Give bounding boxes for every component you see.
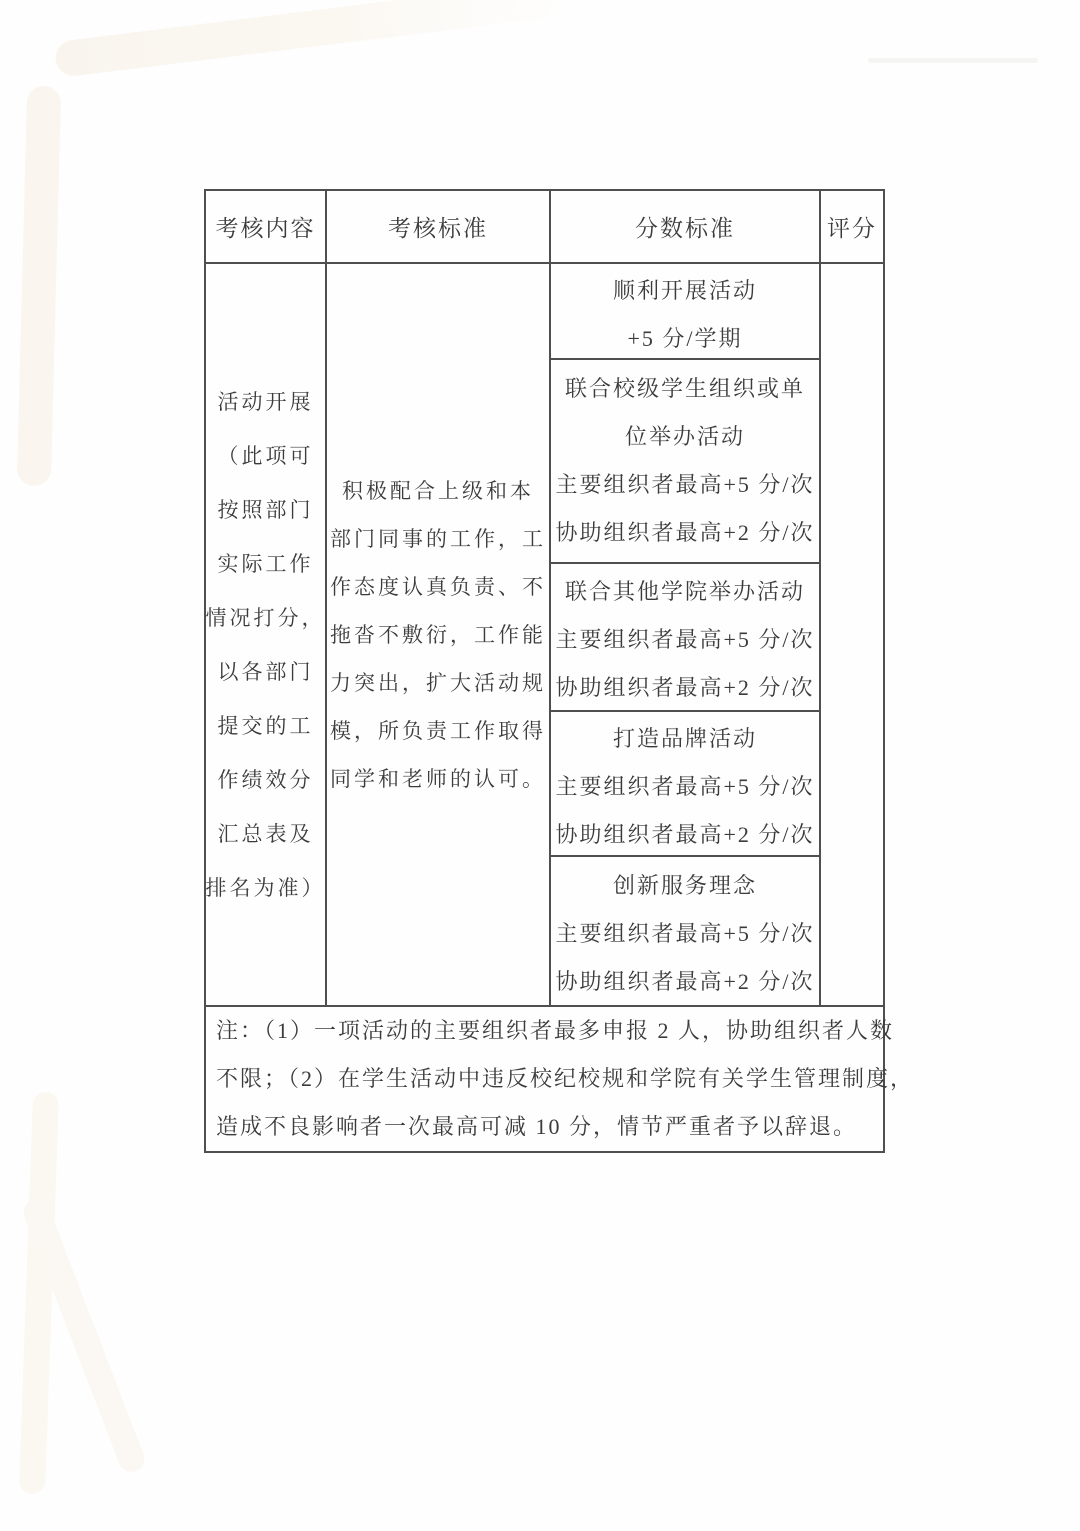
cell-assessment-standard: 积极配合上级和本 部门同事的工作，工 作态度认真负责、不 拖沓不敷衍，工作能 力…: [327, 264, 551, 1005]
header-cell-standard: 考核标准: [327, 191, 551, 264]
cell-rating-empty: [821, 264, 883, 1005]
score-item-brand-activity: 打造品牌活动 主要组织者最高+5 分/次 协助组织者最高+2 分/次: [551, 712, 819, 857]
header-cell-score: 分数标准: [551, 191, 821, 264]
table-note: 注：（1）一项活动的主要组织者最多申报 2 人，协助组织者人数 不限；（2）在学…: [206, 1005, 883, 1151]
header-cell-content: 考核内容: [206, 191, 327, 264]
score-item-innovative-service: 创新服务理念 主要组织者最高+5 分/次 协助组织者最高+2 分/次: [551, 857, 819, 1005]
scan-artifact-crease-vertical: [19, 1092, 59, 1495]
scan-artifact-top-band: [54, 0, 575, 78]
cell-score-criteria-group: 顺利开展活动 +5 分/学期 联合校级学生组织或单 位举办活动 主要组织者最高+…: [551, 264, 821, 1005]
header-cell-rating: 评分: [821, 191, 883, 264]
scan-artifact-right-smudge: [868, 58, 1038, 63]
assessment-table: 考核内容 考核标准 分数标准 评分 活动开展 （此项可 按照部门 实际工作 情况…: [204, 189, 885, 1153]
scanned-document-page: 考核内容 考核标准 分数标准 评分 活动开展 （此项可 按照部门 实际工作 情况…: [0, 0, 1080, 1531]
cell-assessment-content: 活动开展 （此项可 按照部门 实际工作 情况打分， 以各部门 提交的工 作绩效分…: [206, 264, 327, 1005]
scan-artifact-left-band: [17, 86, 61, 487]
scan-artifact-crease-diagonal: [20, 1196, 148, 1476]
score-item-joint-other-college: 联合其他学院举办活动 主要组织者最高+5 分/次 协助组织者最高+2 分/次: [551, 564, 819, 712]
score-item-activity-launch: 顺利开展活动 +5 分/学期: [551, 264, 819, 360]
score-item-joint-university-org: 联合校级学生组织或单 位举办活动 主要组织者最高+5 分/次 协助组织者最高+2…: [551, 360, 819, 564]
